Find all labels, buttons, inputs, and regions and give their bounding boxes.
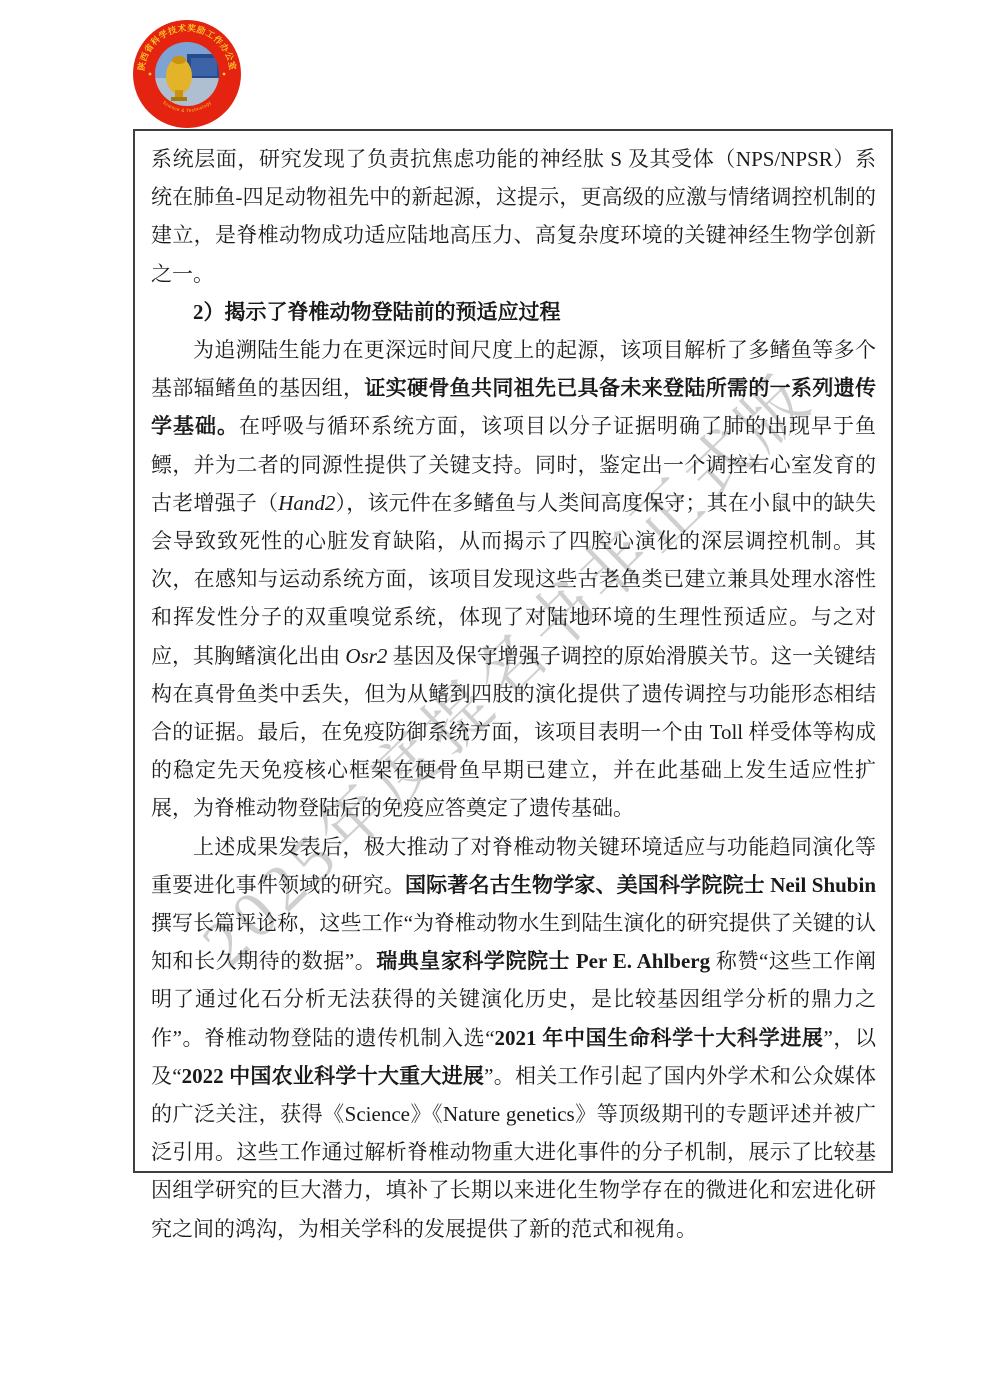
text-run: ”。相关工作引起了国内外学术和公众媒体的广泛关注，获得《Science》《Nat… xyxy=(151,1064,876,1241)
text-run: 瑞典皇家科学院院士 Per E. Ahlberg xyxy=(376,949,710,973)
text-run: 2022 中国农业科学十大重大进展 xyxy=(182,1064,485,1088)
text-run: 2021 年中国生命科学十大科学进展 xyxy=(495,1026,824,1050)
text-run: 系统层面，研究发现了负责抗焦虑功能的神经肽 S 及其受体（NPS/NPSR）系统… xyxy=(151,147,876,286)
org-seal-logo: 陕西省科学技术奖励工作办公室 Science & Technology xyxy=(131,18,243,130)
content-cell: 系统层面，研究发现了负责抗焦虑功能的神经肽 S 及其受体（NPS/NPSR）系统… xyxy=(133,129,893,1173)
document-body: 系统层面，研究发现了负责抗焦虑功能的神经肽 S 及其受体（NPS/NPSR）系统… xyxy=(151,140,876,1248)
text-run: Hand2 xyxy=(278,491,335,515)
text-run: Osr2 xyxy=(345,644,387,668)
paragraph: 系统层面，研究发现了负责抗焦虑功能的神经肽 S 及其受体（NPS/NPSR）系统… xyxy=(151,140,876,293)
text-run: 国际著名古生物学家、美国科学院院士 Neil Shubin xyxy=(405,873,876,897)
section-heading: 2）揭示了脊椎动物登陆前的预适应过程 xyxy=(151,293,876,331)
text-run: ），该元件在多鳍鱼与人类间高度保守；其在小鼠中的缺失会导致致死性的心脏发育缺陷，… xyxy=(151,491,876,668)
paragraph: 上述成果发表后，极大推动了对脊椎动物关键环境适应与功能趋同演化等重要进化事件领域… xyxy=(151,828,876,1248)
paragraph: 为追溯陆生能力在更深远时间尺度上的起源，该项目解析了多鳍鱼等多个基部辐鳍鱼的基因… xyxy=(151,331,876,828)
document-page: 陕西省科学技术奖励工作办公室 Science & Technology 2025… xyxy=(0,0,990,1399)
text-run: 基因及保守增强子调控的原始滑膜关节。这一关键结构在真骨鱼类中丢失，但为从鳍到四肢… xyxy=(151,644,876,821)
text-run: 2）揭示了脊椎动物登陆前的预适应过程 xyxy=(193,300,561,324)
